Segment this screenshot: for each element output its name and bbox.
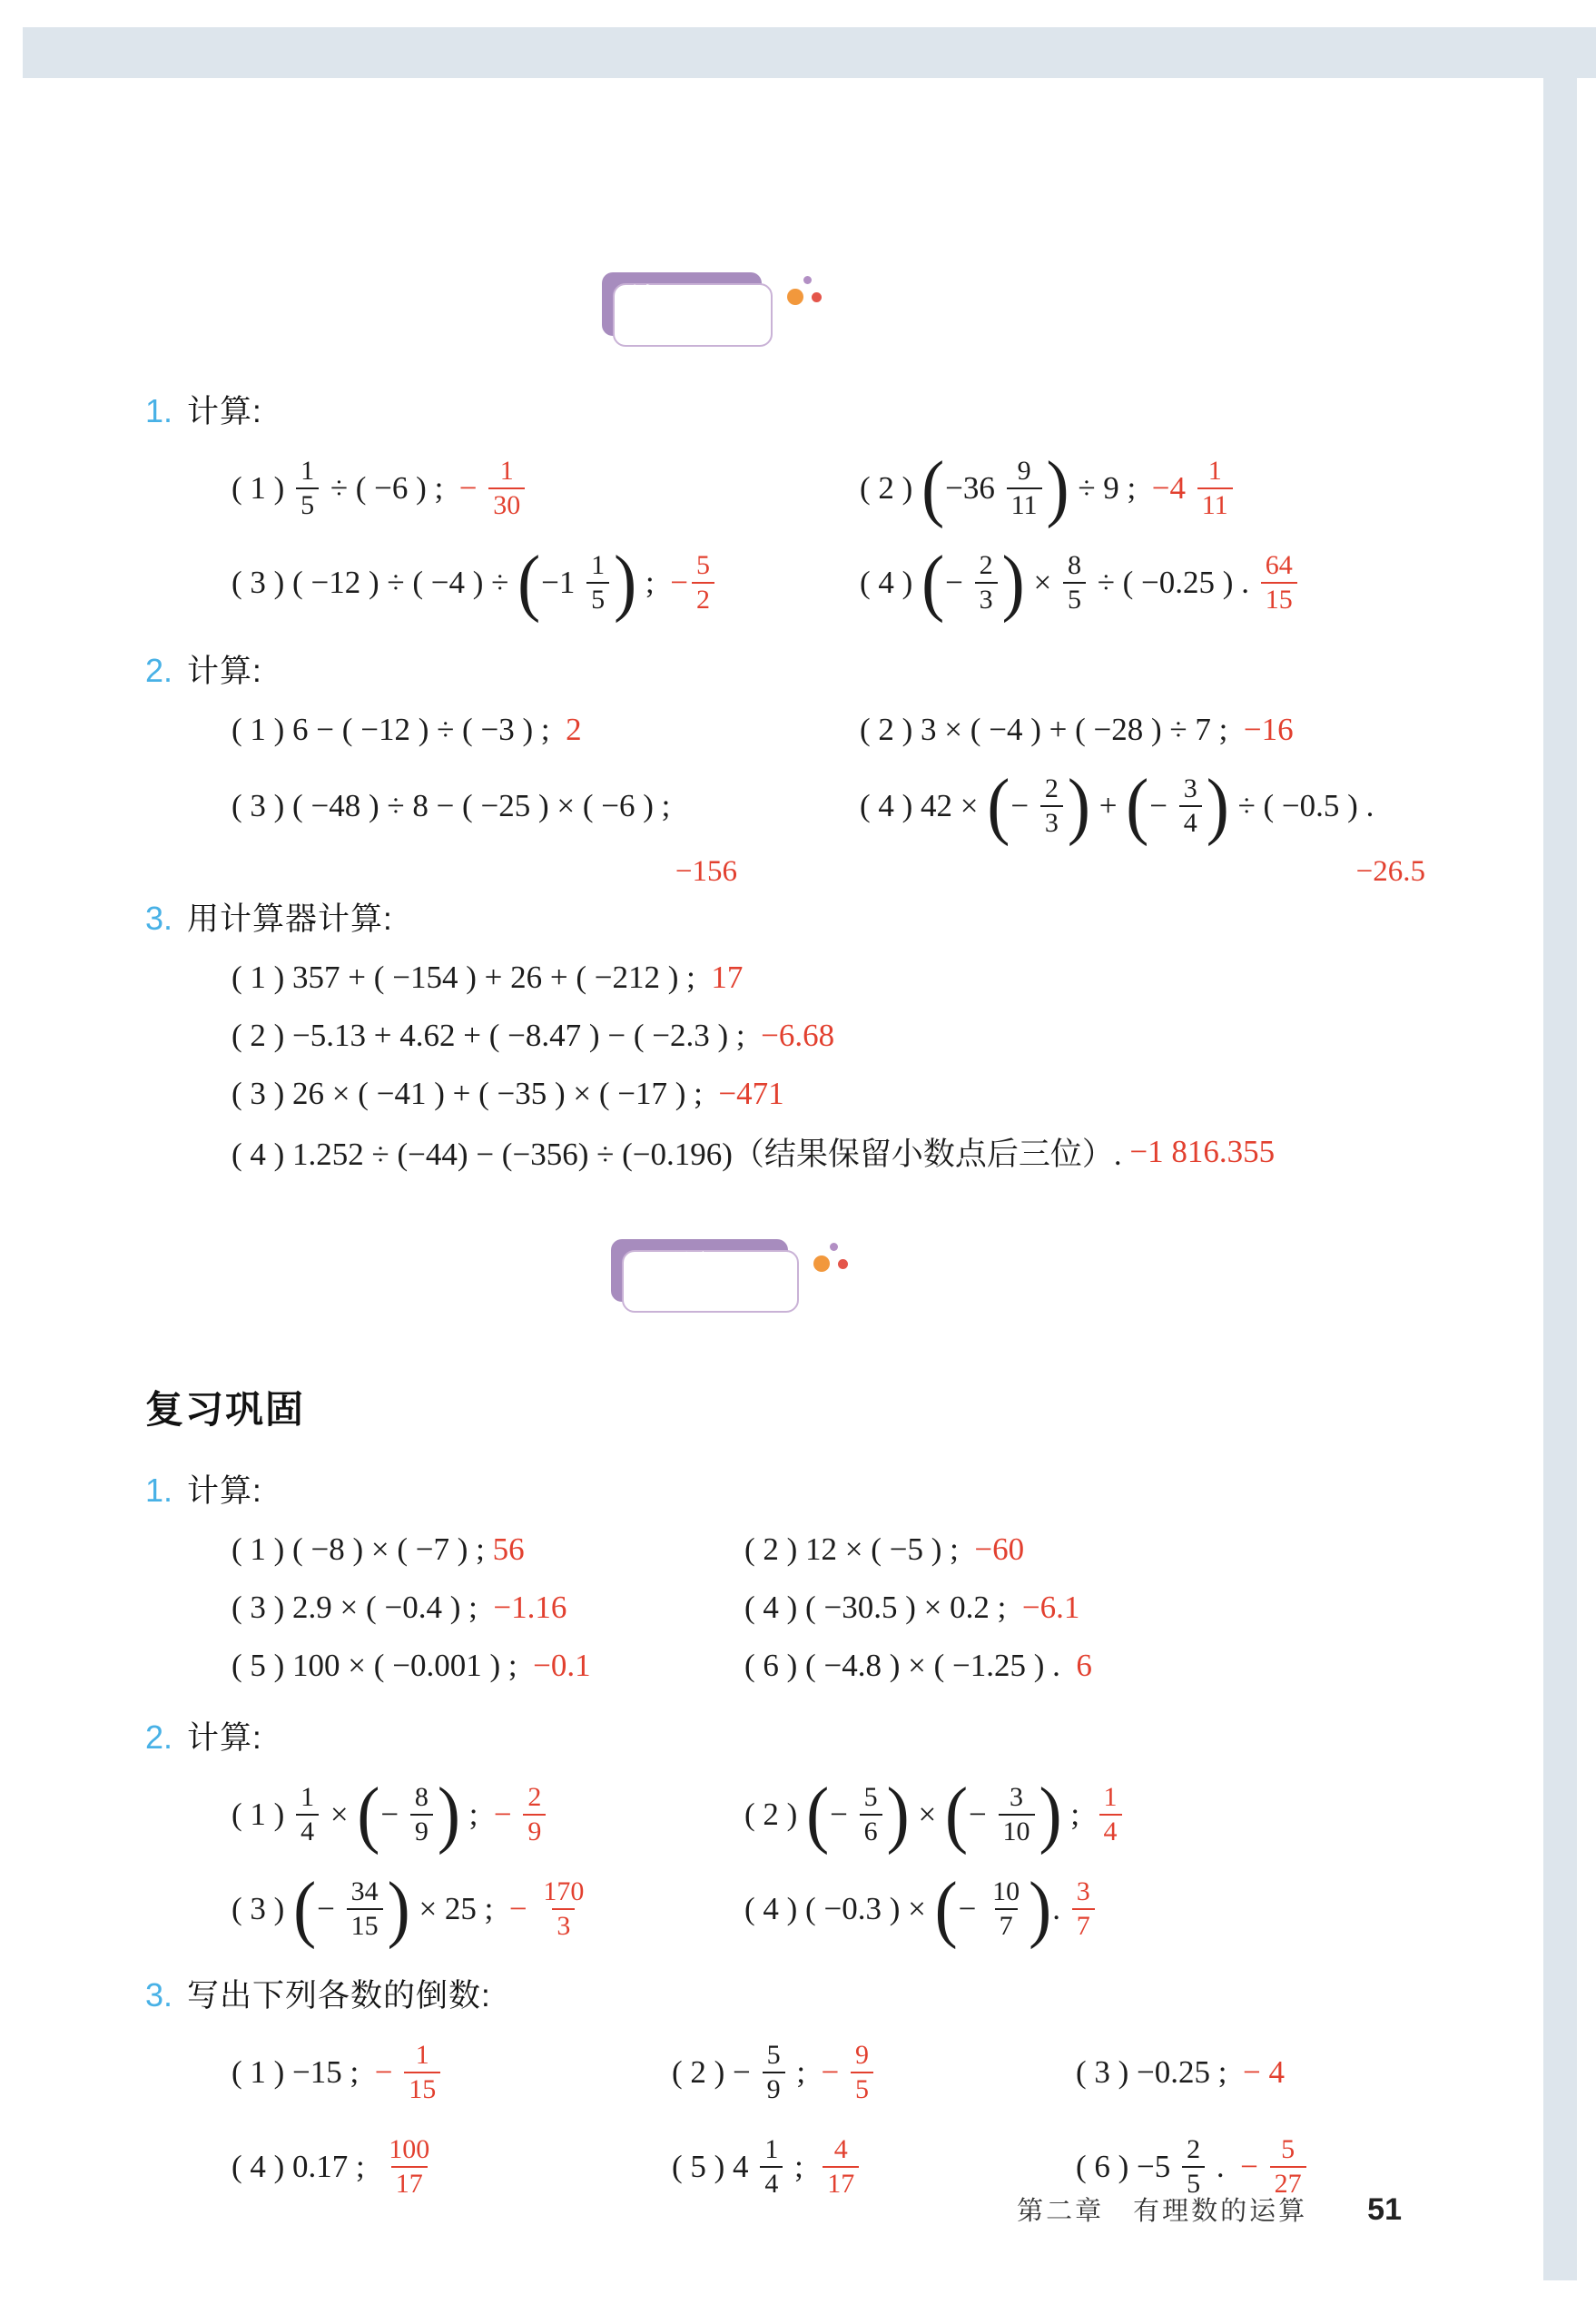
problem-heading: 2. 计算:	[141, 1713, 1489, 1758]
review-2-item-3: ( 3 ) (− 3415) × 25 ; − 1703	[232, 1862, 744, 1956]
practice-banner: 练 习	[602, 272, 762, 336]
page-number: 51	[1367, 2192, 1402, 2228]
banner-dots	[810, 1243, 853, 1286]
problem-number: 2.	[145, 652, 172, 690]
review-1-item-6: ( 6 ) ( −4.8 ) × ( −1.25 ) . 6	[744, 1637, 1489, 1695]
review-1-item-1: ( 1 ) ( −8 ) × ( −7 ) ; 56	[232, 1521, 744, 1579]
problem-items: ( 1 ) 14 × (− 89) ; − 29 ( 2 ) (− 56) × …	[141, 1767, 1489, 1956]
problem-heading: 2. 计算:	[141, 646, 1489, 692]
answer-item-4: −26.5	[1356, 855, 1425, 888]
review-1-item-2: ( 2 ) 12 × ( −5 ) ; −60	[744, 1521, 1489, 1579]
problem-items: ( 1 ) 15 ÷ ( −6 ) ; − 130 ( 2 ) (−36 911…	[141, 441, 1489, 630]
problem-number: 1.	[145, 1472, 172, 1510]
practice-2-item-2: ( 2 ) 3 × ( −4 ) + ( −28 ) ÷ 7 ; −16	[860, 701, 1489, 759]
red-dot-icon	[838, 1259, 848, 1269]
problem-title: 计算:	[187, 1713, 262, 1758]
practice-banner-wrap: 练 习	[602, 0, 762, 336]
problem-title: 计算:	[187, 387, 262, 432]
practice-2-item-3: ( 3 ) ( −48 ) ÷ 8 − ( −25 ) × ( −6 ) ;	[232, 759, 860, 853]
page-content: 练 习 1. 计算: ( 1 ) 15 ÷ ( −6 ) ; − 130 ( 2…	[0, 0, 1596, 2214]
exercise-banner-label: 习题2.2	[636, 1251, 763, 1289]
exercise-banner-wrap: 习题2.2	[611, 1239, 788, 1303]
review-problem-2: 2. 计算: ( 1 ) 14 × (− 89) ; − 29 ( 2 ) (−…	[141, 1713, 1489, 1956]
problem-number: 3.	[145, 900, 172, 938]
problem-heading: 3. 用计算器计算:	[141, 894, 1489, 940]
problem-heading: 1. 计算:	[141, 387, 1489, 432]
orange-dot-icon	[787, 289, 803, 305]
review-3-item-2: ( 2 ) − 59 ; − 95	[672, 2025, 1076, 2120]
review-3-item-3: ( 3 ) −0.25 ; − 4	[1076, 2025, 1489, 2120]
problem-items: ( 1 ) −15 ; − 115 ( 2 ) − 59 ; − 95 ( 3 …	[141, 2025, 1489, 2214]
problem-title: 写出下列各数的倒数:	[187, 1971, 491, 2016]
review-2-item-4: ( 4 ) ( −0.3 ) × (− 107). 37	[744, 1862, 1489, 1956]
answer-item-3: −156	[675, 855, 737, 888]
practice-1-item-4: ( 4 ) (− 23) × 85 ÷ ( −0.25 ) . 6415	[860, 536, 1489, 630]
practice-3-item-4: ( 4 ) 1.252 ÷ (−44) − (−356) ÷ (−0.196)（…	[232, 1123, 1489, 1181]
practice-2-item-1: ( 1 ) 6 − ( −12 ) ÷ ( −3 ) ; 2	[232, 701, 860, 759]
textbook-page: 练 习 1. 计算: ( 1 ) 15 ÷ ( −6 ) ; − 130 ( 2…	[0, 0, 1596, 2304]
purple-dot-icon	[803, 276, 812, 284]
review-1-item-4: ( 4 ) ( −30.5 ) × 0.2 ; −6.1	[744, 1579, 1489, 1637]
problem-heading: 1. 计算:	[141, 1466, 1489, 1511]
problem-title: 计算:	[187, 646, 262, 692]
review-section-heading: 复习巩固	[141, 1380, 1489, 1434]
practice-1-item-1: ( 1 ) 15 ÷ ( −6 ) ; − 130	[232, 441, 860, 536]
problem-heading: 3. 写出下列各数的倒数:	[141, 1971, 1489, 2016]
review-problem-1: 1. 计算: ( 1 ) ( −8 ) × ( −7 ) ; 56 ( 2 ) …	[141, 1466, 1489, 1695]
practice-3-item-1: ( 1 ) 357 + ( −154 ) + 26 + ( −212 ) ; 1…	[232, 949, 1489, 1007]
problem-items: ( 1 ) 357 + ( −154 ) + 26 + ( −212 ) ; 1…	[141, 949, 1489, 1181]
review-2-item-1: ( 1 ) 14 × (− 89) ; − 29	[232, 1767, 744, 1862]
practice-banner-label: 练 习	[627, 284, 736, 322]
exercise-banner: 习题2.2	[611, 1239, 788, 1303]
page-footer: 第二章 有理数的运算 51	[0, 2191, 1596, 2228]
problem-items: ( 1 ) 6 − ( −12 ) ÷ ( −3 ) ; 2 ( 2 ) 3 ×…	[141, 701, 1489, 889]
chapter-title: 第二章 有理数的运算	[1017, 2191, 1307, 2228]
problem-number: 2.	[145, 1718, 172, 1757]
practice-3-item-3: ( 3 ) 26 × ( −41 ) + ( −35 ) × ( −17 ) ;…	[232, 1065, 1489, 1123]
purple-dot-icon	[830, 1243, 838, 1251]
review-3-item-1: ( 1 ) −15 ; − 115	[232, 2025, 672, 2120]
review-2-item-2: ( 2 ) (− 56) × (− 310) ; 14	[744, 1767, 1489, 1862]
review-problem-3: 3. 写出下列各数的倒数: ( 1 ) −15 ; − 115 ( 2 ) − …	[141, 1971, 1489, 2214]
problem-items: ( 1 ) ( −8 ) × ( −7 ) ; 56 ( 2 ) 12 × ( …	[141, 1521, 1489, 1695]
below-answers: −156 −26.5	[232, 855, 1489, 889]
practice-problem-1: 1. 计算: ( 1 ) 15 ÷ ( −6 ) ; − 130 ( 2 ) (…	[141, 387, 1489, 630]
problem-number: 3.	[145, 1976, 172, 2014]
review-1-item-5: ( 5 ) 100 × ( −0.001 ) ; −0.1	[232, 1637, 744, 1695]
red-dot-icon	[812, 292, 822, 302]
problem-title: 用计算器计算:	[187, 894, 393, 940]
practice-2-item-4: ( 4 ) 42 × (− 23) + (− 34) ÷ ( −0.5 ) .	[860, 759, 1489, 853]
practice-3-item-2: ( 2 ) −5.13 + 4.62 + ( −8.47 ) − ( −2.3 …	[232, 1007, 1489, 1065]
problem-title: 计算:	[187, 1466, 262, 1511]
practice-problem-3: 3. 用计算器计算: ( 1 ) 357 + ( −154 ) + 26 + (…	[141, 894, 1489, 1181]
practice-problem-2: 2. 计算: ( 1 ) 6 − ( −12 ) ÷ ( −3 ) ; 2 ( …	[141, 646, 1489, 889]
review-1-item-3: ( 3 ) 2.9 × ( −0.4 ) ; −1.16	[232, 1579, 744, 1637]
problem-number: 1.	[145, 392, 172, 430]
practice-1-item-2: ( 2 ) (−36 911) ÷ 9 ; −4 111	[860, 441, 1489, 536]
practice-1-item-3: ( 3 ) ( −12 ) ÷ ( −4 ) ÷ (−1 15) ; −52	[232, 536, 860, 630]
orange-dot-icon	[813, 1255, 830, 1272]
banner-dots	[783, 276, 827, 320]
